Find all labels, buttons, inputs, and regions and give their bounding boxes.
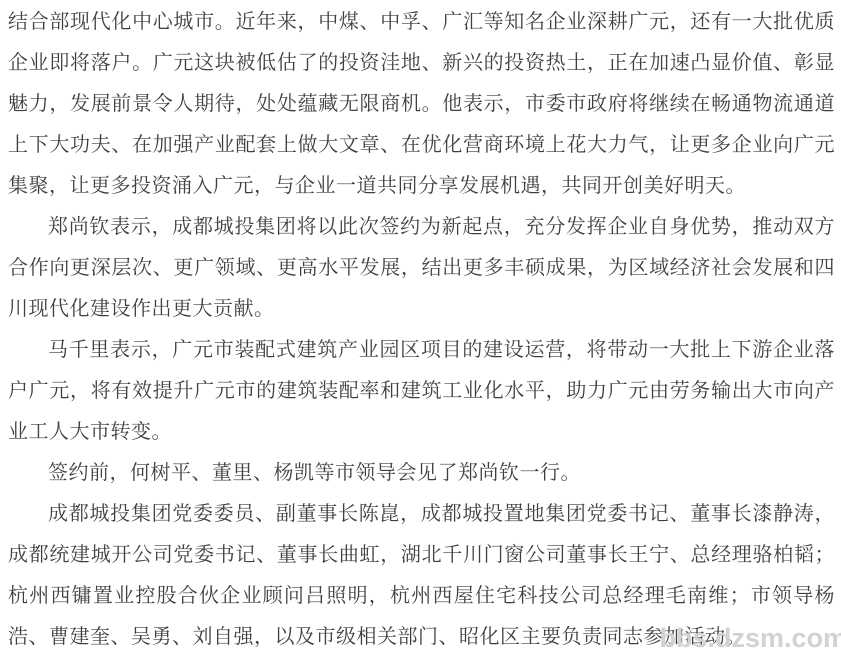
article-paragraph: 结合部现代化中心城市。近年来，中煤、中孚、广汇等知名企业深耕广元，还有一大批优质… [8,2,835,207]
article-paragraph: 签约前，何树平、董里、杨凯等市领导会见了郑尚钦一行。 [8,453,835,494]
article-body: 结合部现代化中心城市。近年来，中煤、中孚、广汇等知名企业深耕广元，还有一大批优质… [8,2,835,651]
article-paragraph: 马千里表示，广元市装配式建筑产业园区项目的建设运营，将带动一大批上下游企业落户广… [8,330,835,453]
article-paragraph: 郑尚钦表示，成都城投集团将以此次签约为新起点，充分发挥企业自身优势，推动双方合作… [8,207,835,330]
article-paragraph: 成都城投集团党委委员、副董事长陈崑，成都城投置地集团党委书记、董事长漆静涛，成都… [8,494,835,651]
